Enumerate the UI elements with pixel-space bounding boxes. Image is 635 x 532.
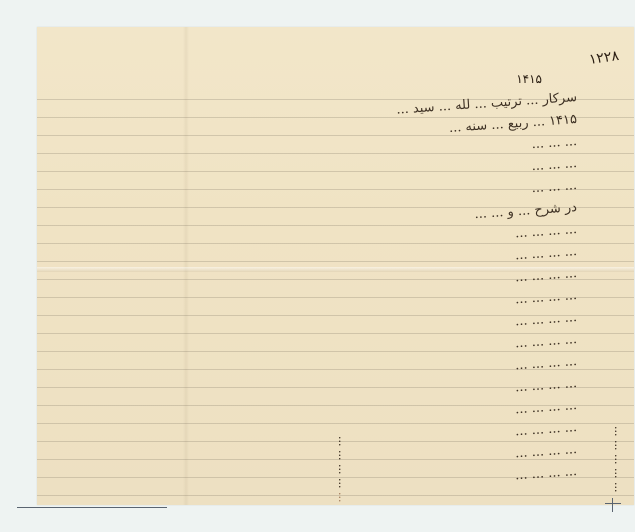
main-body: سرکار ... ترتیب ... لله ... سید ... ۱۴۱۵… [322, 87, 577, 483]
handwritten-text-block: ۱۲۲۸ ۱۴۱۵ سرکار ... ترتیب ... لله ... سی… [327, 32, 627, 502]
year-mark: ۱۲۲۸ [588, 48, 620, 68]
margin-stamp: ... [336, 492, 349, 503]
reference-number: ۱۴۱۵ [516, 72, 542, 86]
right-margin-note: ... ... ... ... ... [585, 102, 625, 492]
scan-crop-mark [612, 498, 613, 512]
left-margin-text: ... ... ... ... [336, 436, 349, 488]
scan-crop-mark [17, 507, 167, 508]
left-margin-note: ... ... ... ... ... [327, 202, 349, 502]
scan-crop-mark [605, 503, 621, 504]
manuscript-page: ۱۲۲۸ ۱۴۱۵ سرکار ... ترتیب ... لله ... سی… [37, 27, 634, 505]
vertical-fold [183, 27, 189, 505]
